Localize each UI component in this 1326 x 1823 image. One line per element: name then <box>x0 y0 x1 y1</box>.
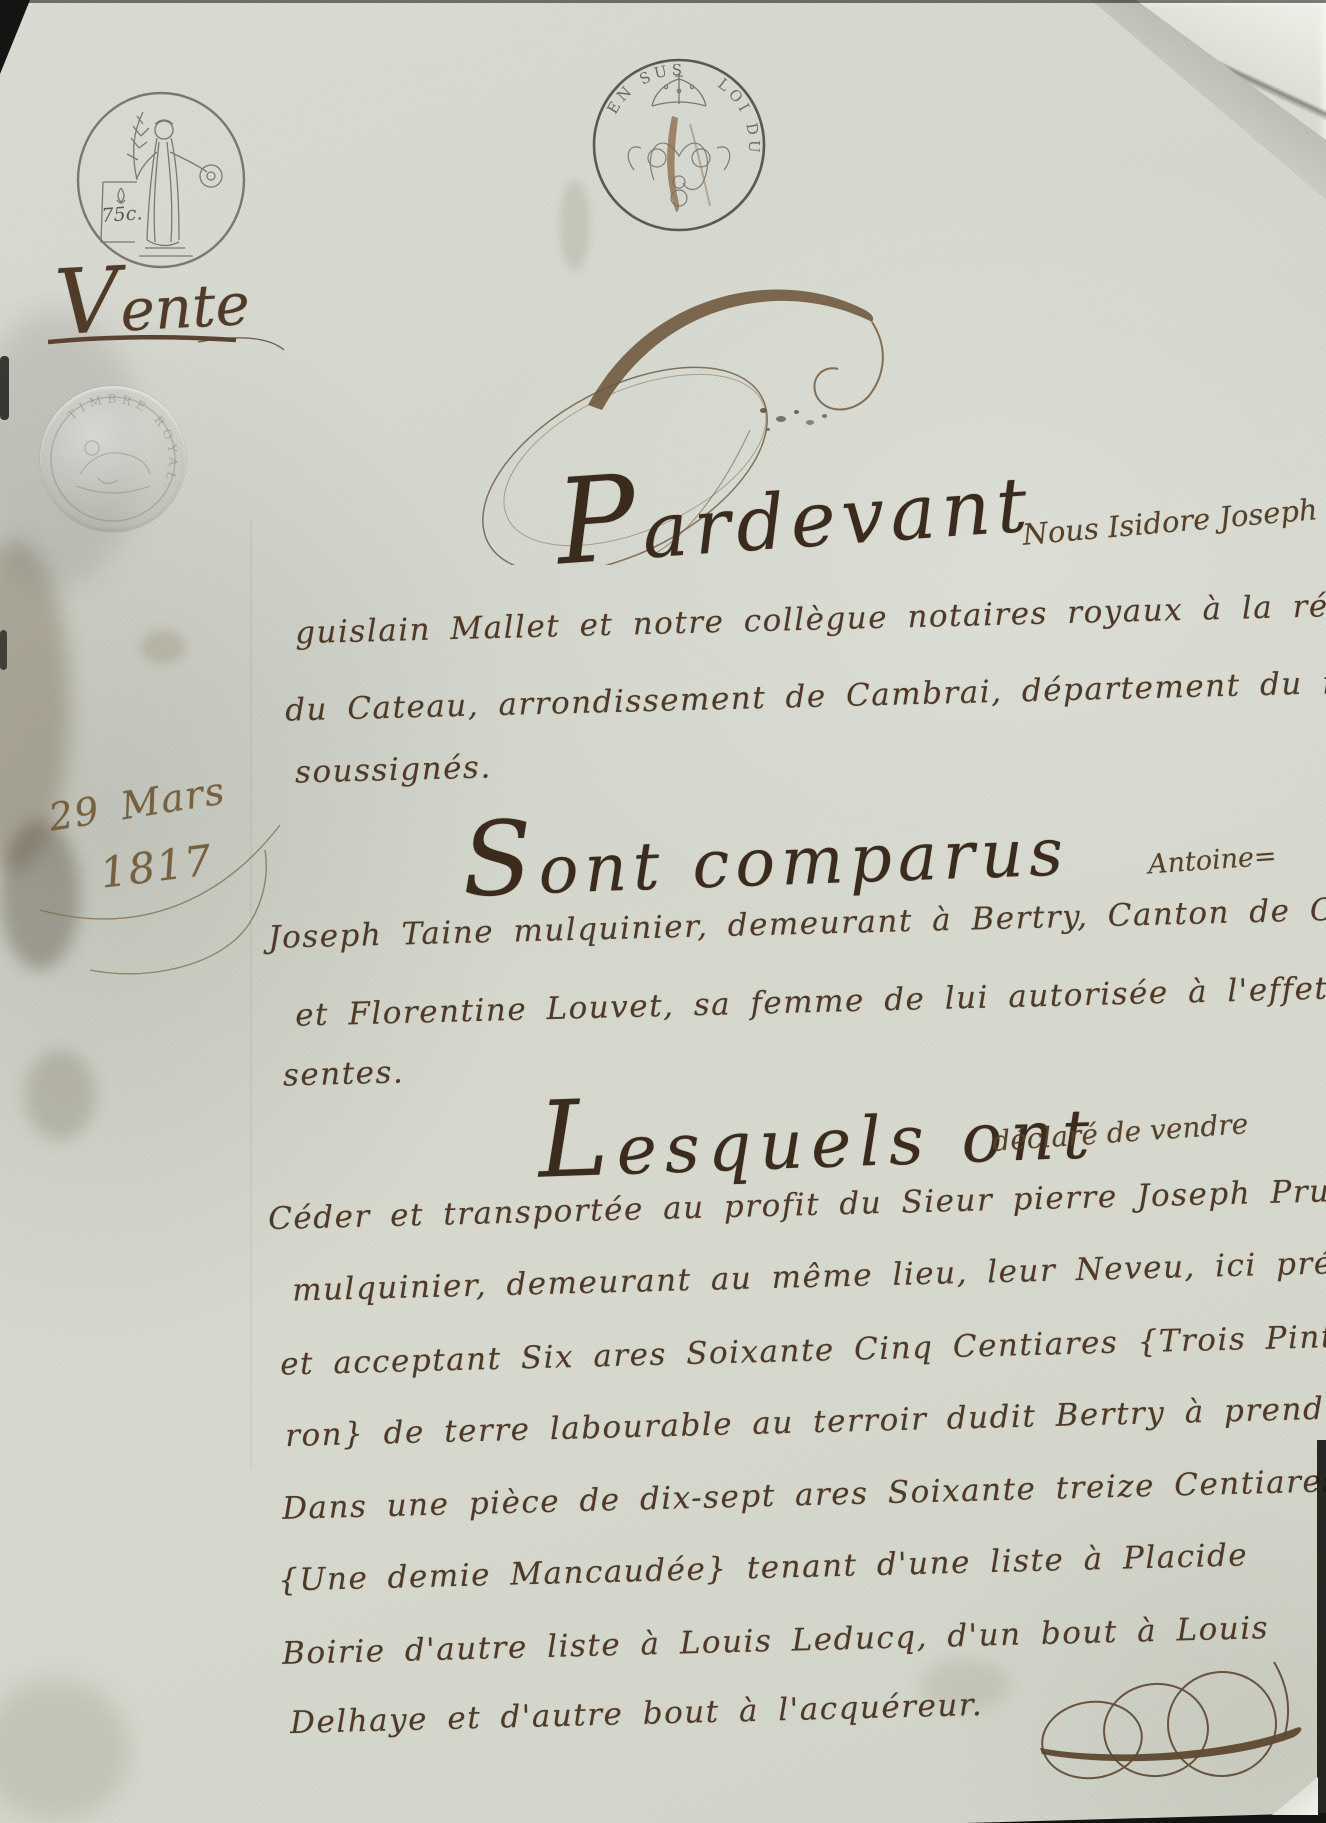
fiscal-stamp-value: 75c. <box>101 202 143 227</box>
opening-heading-suffix: Nous Isidore Joseph <box>1021 492 1319 552</box>
text-line: ron} de terre labourable au terroir dudi… <box>285 1390 1326 1454</box>
text-line: Delhaye et d'autre bout à l'acquéreur. <box>290 1687 984 1741</box>
scan-edge <box>966 1813 1326 1823</box>
text-line: et acceptant Six ares Soixante Cinq Cent… <box>280 1315 1326 1382</box>
margin-date-flourish <box>30 820 290 980</box>
vente-underline <box>48 330 288 356</box>
document-scan: 75c. EN SUS LOI DU Vente <box>0 0 1326 1823</box>
text-line: du Cateau, arrondissement de Cambrai, dé… <box>285 663 1326 728</box>
text-line: mulquinier, demeurant au même lieu, leur… <box>292 1243 1326 1308</box>
svg-text:TIMBRE ROYAL: TIMBRE ROYAL <box>65 392 181 487</box>
stain <box>25 1050 95 1140</box>
scan-edge <box>0 630 7 670</box>
text-line: soussignés. <box>295 749 493 790</box>
crown-stamp: EN SUS LOI DU <box>592 58 766 232</box>
scan-edge <box>0 0 30 74</box>
embossed-seal-text: TIMBRE ROYAL <box>65 392 181 487</box>
stain <box>0 1680 130 1820</box>
crease-line <box>250 520 252 1470</box>
royal-monogram <box>628 143 730 206</box>
text-line: Dans une pièce de dix-sept ares Soixante… <box>282 1463 1326 1527</box>
pen-stroke-mark <box>667 116 679 212</box>
crown-stamp-text-right: LOI DU <box>714 75 763 157</box>
fiscal-stamp-75c: 75c. <box>75 90 247 270</box>
svg-text:LOI DU: LOI DU <box>714 75 763 157</box>
opening-heading: Pardevant <box>552 432 1035 583</box>
stain <box>140 630 186 664</box>
text-line: et Florentine Louvet, sa femme de lui au… <box>295 966 1326 1033</box>
scan-edge <box>0 356 9 420</box>
comparution-heading: Sont comparus <box>460 789 1070 912</box>
end-flourish <box>1030 1640 1320 1810</box>
comparution-heading-suffix: Antoine= <box>1147 841 1277 881</box>
embossed-seal: TIMBRE ROYAL <box>40 386 186 532</box>
text-line: {Une demie Mancaudée} tenant d'une liste… <box>278 1537 1249 1598</box>
text-line: sentes. <box>283 1054 405 1093</box>
text-line: guislain Mallet et notre collègue notair… <box>295 585 1326 651</box>
embossed-seal-art: TIMBRE ROYAL <box>40 386 186 532</box>
